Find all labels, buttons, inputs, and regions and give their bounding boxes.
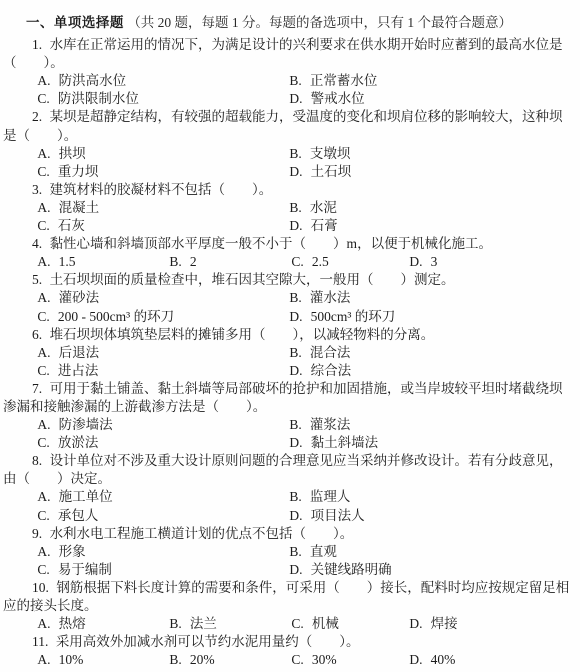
question: 1.水库在正常运用的情况下，为满足设计的兴利要求在供水期开始时应蓄到的最高水位是… (3, 36, 574, 108)
option: C.放淤法 (37, 434, 289, 452)
option-label: A. (37, 489, 50, 504)
question-text: 某坝是超静定结构，有较强的超载能力，受温度的变化和坝肩位移的影响较大，这种坝是（… (3, 109, 563, 142)
question-number: 1. (32, 37, 42, 52)
option-label: C. (37, 562, 49, 577)
option: B.水泥 (289, 199, 574, 217)
option-text: 1.5 (59, 254, 76, 269)
option-text: 警戒水位 (311, 91, 365, 106)
option: A.形象 (37, 543, 289, 561)
question-number: 5. (32, 272, 42, 287)
option: D.黏土斜墙法 (289, 434, 574, 452)
option-label: B. (289, 146, 301, 161)
option-text: 混凝土 (59, 200, 100, 215)
option: C.30% (291, 651, 409, 669)
option-text: 混合法 (310, 345, 351, 360)
option-text: 2.5 (312, 254, 329, 269)
question: 8.设计单位对不涉及重大设计原则问题的合理意见应当采纳并修改设计。若有分歧意见，… (3, 452, 574, 524)
option: B.2 (169, 253, 291, 271)
option-label: C. (37, 363, 49, 378)
option: C.承包人 (37, 507, 289, 525)
option-text: 焊接 (431, 616, 458, 631)
option-label: B. (169, 254, 181, 269)
options-row: A.灌砂法 B.灌水法 C.200 - 500cm³ 的环刀 D.500cm³ … (3, 289, 574, 325)
option-label: D. (409, 652, 422, 667)
option-text: 10% (59, 652, 84, 667)
question-number: 9. (32, 526, 42, 541)
question-number: 11. (32, 634, 48, 649)
option-text: 20% (190, 652, 215, 667)
option: C.进占法 (37, 362, 289, 380)
option-text: 形象 (59, 544, 86, 559)
options-row: A.后退法 B.混合法 C.进占法 D.综合法 (3, 344, 574, 380)
option: B.支墩坝 (289, 145, 574, 163)
option: C.200 - 500cm³ 的环刀 (37, 308, 289, 326)
option-label: C. (37, 508, 49, 523)
option-label: B. (289, 489, 301, 504)
option-text: 进占法 (58, 363, 99, 378)
option-text: 法兰 (190, 616, 217, 631)
question-number: 4. (32, 236, 42, 251)
question: 4.黏性心墙和斜墙顶部水平厚度一般不小于（ ）m，以便于机械化施工。 A.1.5… (3, 235, 574, 271)
question: 3.建筑材料的胶凝材料不包括（ ）。 A.混凝土 B.水泥 C.石灰 D.石膏 (3, 181, 574, 235)
option-text: 承包人 (58, 508, 99, 523)
option: C.重力坝 (37, 163, 289, 181)
option-label: B. (289, 73, 301, 88)
option: A.防洪高水位 (37, 72, 289, 90)
question-stem: 9.水利水电工程施工横道计划的优点不包括（ ）。 (3, 525, 574, 543)
option-text: 500cm³ 的环刀 (311, 309, 396, 324)
option-text: 30% (312, 652, 337, 667)
question-number: 3. (32, 182, 42, 197)
option-label: B. (169, 652, 181, 667)
option: B.直观 (289, 543, 574, 561)
options-row: A.10% B.20% C.30% D.40% (3, 651, 574, 669)
option-text: 施工单位 (59, 489, 113, 504)
question-text: 采用高效外加减水剂可以节约水泥用量约（ ）。 (56, 634, 360, 649)
option-label: C. (291, 254, 303, 269)
section-title: 一、单项选择题 （共 20 题，每题 1 分。每题的备选项中，只有 1 个最符合… (3, 14, 574, 32)
option: D.警戒水位 (289, 90, 574, 108)
option-label: D. (289, 435, 302, 450)
option-label: A. (37, 616, 50, 631)
option: D.关键线路明确 (289, 561, 574, 579)
option-label: C. (37, 164, 49, 179)
option: D.石膏 (289, 217, 574, 235)
option-text: 土石坝 (311, 164, 352, 179)
option-text: 灌浆法 (310, 417, 351, 432)
option-text: 项目法人 (311, 508, 365, 523)
option: D.土石坝 (289, 163, 574, 181)
question-stem: 4.黏性心墙和斜墙顶部水平厚度一般不小于（ ）m，以便于机械化施工。 (3, 235, 574, 253)
option-text: 拱坝 (59, 146, 86, 161)
question-text: 黏性心墙和斜墙顶部水平厚度一般不小于（ ）m，以便于机械化施工。 (50, 236, 493, 251)
option: A.拱坝 (37, 145, 289, 163)
option-text: 支墩坝 (310, 146, 351, 161)
option: B.正常蓄水位 (289, 72, 574, 90)
question-number: 10. (32, 580, 49, 595)
option-label: B. (289, 345, 301, 360)
option-label: D. (409, 254, 422, 269)
option: D.500cm³ 的环刀 (289, 308, 574, 326)
option-text: 监理人 (310, 489, 351, 504)
exam-page: 一、单项选择题 （共 20 题，每题 1 分。每题的备选项中，只有 1 个最符合… (0, 0, 580, 672)
option-label: A. (37, 254, 50, 269)
question-stem: 5.土石坝坝面的质量检查中，堆石因其空隙大，一般用（ ）测定。 (3, 271, 574, 289)
option-text: 石灰 (58, 218, 85, 233)
option-label: C. (37, 218, 49, 233)
question-stem: 6.堆石坝坝体填筑垫层料的摊铺多用（ ），以减轻物料的分离。 (3, 326, 574, 344)
option: D.3 (409, 253, 574, 271)
question: 2.某坝是超静定结构，有较强的超载能力，受温度的变化和坝肩位移的影响较大，这种坝… (3, 108, 574, 180)
option: D.项目法人 (289, 507, 574, 525)
option-text: 机械 (312, 616, 339, 631)
option-label: D. (409, 616, 422, 631)
question-number: 7. (32, 381, 42, 396)
option-label: C. (37, 435, 49, 450)
option-text: 40% (431, 652, 456, 667)
option-text: 灌砂法 (59, 290, 100, 305)
option-text: 2 (190, 254, 197, 269)
option: B.灌水法 (289, 289, 574, 307)
option-text: 防渗墙法 (59, 417, 113, 432)
option-label: D. (289, 309, 302, 324)
option: C.机械 (291, 615, 409, 633)
option: B.混合法 (289, 344, 574, 362)
option-text: 防洪高水位 (59, 73, 127, 88)
option: C.防洪限制水位 (37, 90, 289, 108)
options-row: A.防洪高水位 B.正常蓄水位 C.防洪限制水位 D.警戒水位 (3, 72, 574, 108)
option-text: 石膏 (311, 218, 338, 233)
option-label: C. (291, 616, 303, 631)
question-number: 2. (32, 109, 42, 124)
section-title-note: （共 20 题，每题 1 分。每题的备选项中，只有 1 个最符合题意） (127, 15, 512, 30)
option-text: 3 (431, 254, 438, 269)
question-text: 堆石坝坝体填筑垫层料的摊铺多用（ ），以减轻物料的分离。 (50, 327, 435, 342)
option-label: D. (289, 363, 302, 378)
option-text: 重力坝 (58, 164, 99, 179)
option-label: A. (37, 290, 50, 305)
question: 5.土石坝坝面的质量检查中，堆石因其空隙大，一般用（ ）测定。 A.灌砂法 B.… (3, 271, 574, 325)
option: D.40% (409, 651, 574, 669)
options-row: A.热熔 B.法兰 C.机械 D.焊接 (3, 615, 574, 633)
section-title-head: 一、单项选择题 (26, 15, 124, 30)
question-number: 8. (32, 453, 42, 468)
option-text: 综合法 (311, 363, 352, 378)
option-text: 正常蓄水位 (310, 73, 378, 88)
option-label: A. (37, 73, 50, 88)
question-text: 可用于黏土铺盖、黏土斜墙等局部破坏的抢护和加固措施，或当岸坡较平坦时堵截绕坝渗漏… (3, 381, 563, 414)
option: A.防渗墙法 (37, 416, 289, 434)
option: B.灌浆法 (289, 416, 574, 434)
option: C.易于编制 (37, 561, 289, 579)
option: B.监理人 (289, 488, 574, 506)
options-row: A.混凝土 B.水泥 C.石灰 D.石膏 (3, 199, 574, 235)
question-stem: 8.设计单位对不涉及重大设计原则问题的合理意见应当采纳并修改设计。若有分歧意见，… (3, 452, 574, 488)
option-label: D. (289, 91, 302, 106)
question-text: 土石坝坝面的质量检查中，堆石因其空隙大，一般用（ ）测定。 (50, 272, 455, 287)
option: D.焊接 (409, 615, 574, 633)
option-text: 200 - 500cm³ 的环刀 (58, 309, 174, 324)
question: 10.钢筋根据下料长度计算的需要和条件，可采用（ ）接长，配料时均应按规定留足相… (3, 579, 574, 633)
option: C.石灰 (37, 217, 289, 235)
option-text: 易于编制 (58, 562, 112, 577)
option: A.1.5 (37, 253, 169, 271)
question-text: 建筑材料的胶凝材料不包括（ ）。 (50, 182, 273, 197)
option-label: D. (289, 164, 302, 179)
option: A.后退法 (37, 344, 289, 362)
question-text: 设计单位对不涉及重大设计原则问题的合理意见应当采纳并修改设计。若有分歧意见，由（… (3, 453, 563, 486)
options-row: A.防渗墙法 B.灌浆法 C.放淤法 D.黏土斜墙法 (3, 416, 574, 452)
question-number: 6. (32, 327, 42, 342)
option-label: B. (289, 417, 301, 432)
option-text: 直观 (310, 544, 337, 559)
option-label: C. (291, 652, 303, 667)
options-row: A.1.5 B.2 C.2.5 D.3 (3, 253, 574, 271)
option-text: 放淤法 (58, 435, 99, 450)
option-label: A. (37, 417, 50, 432)
option-text: 灌水法 (310, 290, 351, 305)
question-stem: 3.建筑材料的胶凝材料不包括（ ）。 (3, 181, 574, 199)
option: A.热熔 (37, 615, 169, 633)
question-text: 水利水电工程施工横道计划的优点不包括（ ）。 (50, 526, 354, 541)
option-label: A. (37, 544, 50, 559)
option: C.2.5 (291, 253, 409, 271)
option-label: A. (37, 146, 50, 161)
option-text: 水泥 (310, 200, 337, 215)
question: 6.堆石坝坝体填筑垫层料的摊铺多用（ ），以减轻物料的分离。 A.后退法 B.混… (3, 326, 574, 380)
option-label: C. (37, 91, 49, 106)
option: A.施工单位 (37, 488, 289, 506)
option-label: B. (289, 200, 301, 215)
question: 9.水利水电工程施工横道计划的优点不包括（ ）。 A.形象 B.直观 C.易于编… (3, 525, 574, 579)
option: A.混凝土 (37, 199, 289, 217)
option-text: 黏土斜墙法 (311, 435, 379, 450)
option-label: B. (289, 544, 301, 559)
option-label: B. (169, 616, 181, 631)
question: 7.可用于黏土铺盖、黏土斜墙等局部破坏的抢护和加固措施，或当岸坡较平坦时堵截绕坝… (3, 380, 574, 452)
question-stem: 7.可用于黏土铺盖、黏土斜墙等局部破坏的抢护和加固措施，或当岸坡较平坦时堵截绕坝… (3, 380, 574, 416)
option-label: D. (289, 218, 302, 233)
option-label: D. (289, 562, 302, 577)
option: B.20% (169, 651, 291, 669)
option-text: 防洪限制水位 (58, 91, 139, 106)
option: A.灌砂法 (37, 289, 289, 307)
option-label: A. (37, 652, 50, 667)
option-label: C. (37, 309, 49, 324)
question-stem: 10.钢筋根据下料长度计算的需要和条件，可采用（ ）接长，配料时均应按规定留足相… (3, 579, 574, 615)
option-label: B. (289, 290, 301, 305)
option: B.法兰 (169, 615, 291, 633)
question: 11.采用高效外加减水剂可以节约水泥用量约（ ）。 A.10% B.20% C.… (3, 633, 574, 669)
option-text: 关键线路明确 (311, 562, 392, 577)
options-row: A.形象 B.直观 C.易于编制 D.关键线路明确 (3, 543, 574, 579)
options-row: A.拱坝 B.支墩坝 C.重力坝 D.土石坝 (3, 145, 574, 181)
option: A.10% (37, 651, 169, 669)
option-label: A. (37, 345, 50, 360)
option: D.综合法 (289, 362, 574, 380)
option-text: 后退法 (59, 345, 100, 360)
options-row: A.施工单位 B.监理人 C.承包人 D.项目法人 (3, 488, 574, 524)
question-text: 水库在正常运用的情况下，为满足设计的兴利要求在供水期开始时应蓄到的最高水位是（ … (3, 37, 563, 70)
question-stem: 1.水库在正常运用的情况下，为满足设计的兴利要求在供水期开始时应蓄到的最高水位是… (3, 36, 574, 72)
option-label: A. (37, 200, 50, 215)
question-stem: 11.采用高效外加减水剂可以节约水泥用量约（ ）。 (3, 633, 574, 651)
option-label: D. (289, 508, 302, 523)
question-text: 钢筋根据下料长度计算的需要和条件，可采用（ ）接长，配料时均应按规定留足相应的接… (3, 580, 569, 613)
option-text: 热熔 (59, 616, 86, 631)
question-stem: 2.某坝是超静定结构，有较强的超载能力，受温度的变化和坝肩位移的影响较大，这种坝… (3, 108, 574, 144)
